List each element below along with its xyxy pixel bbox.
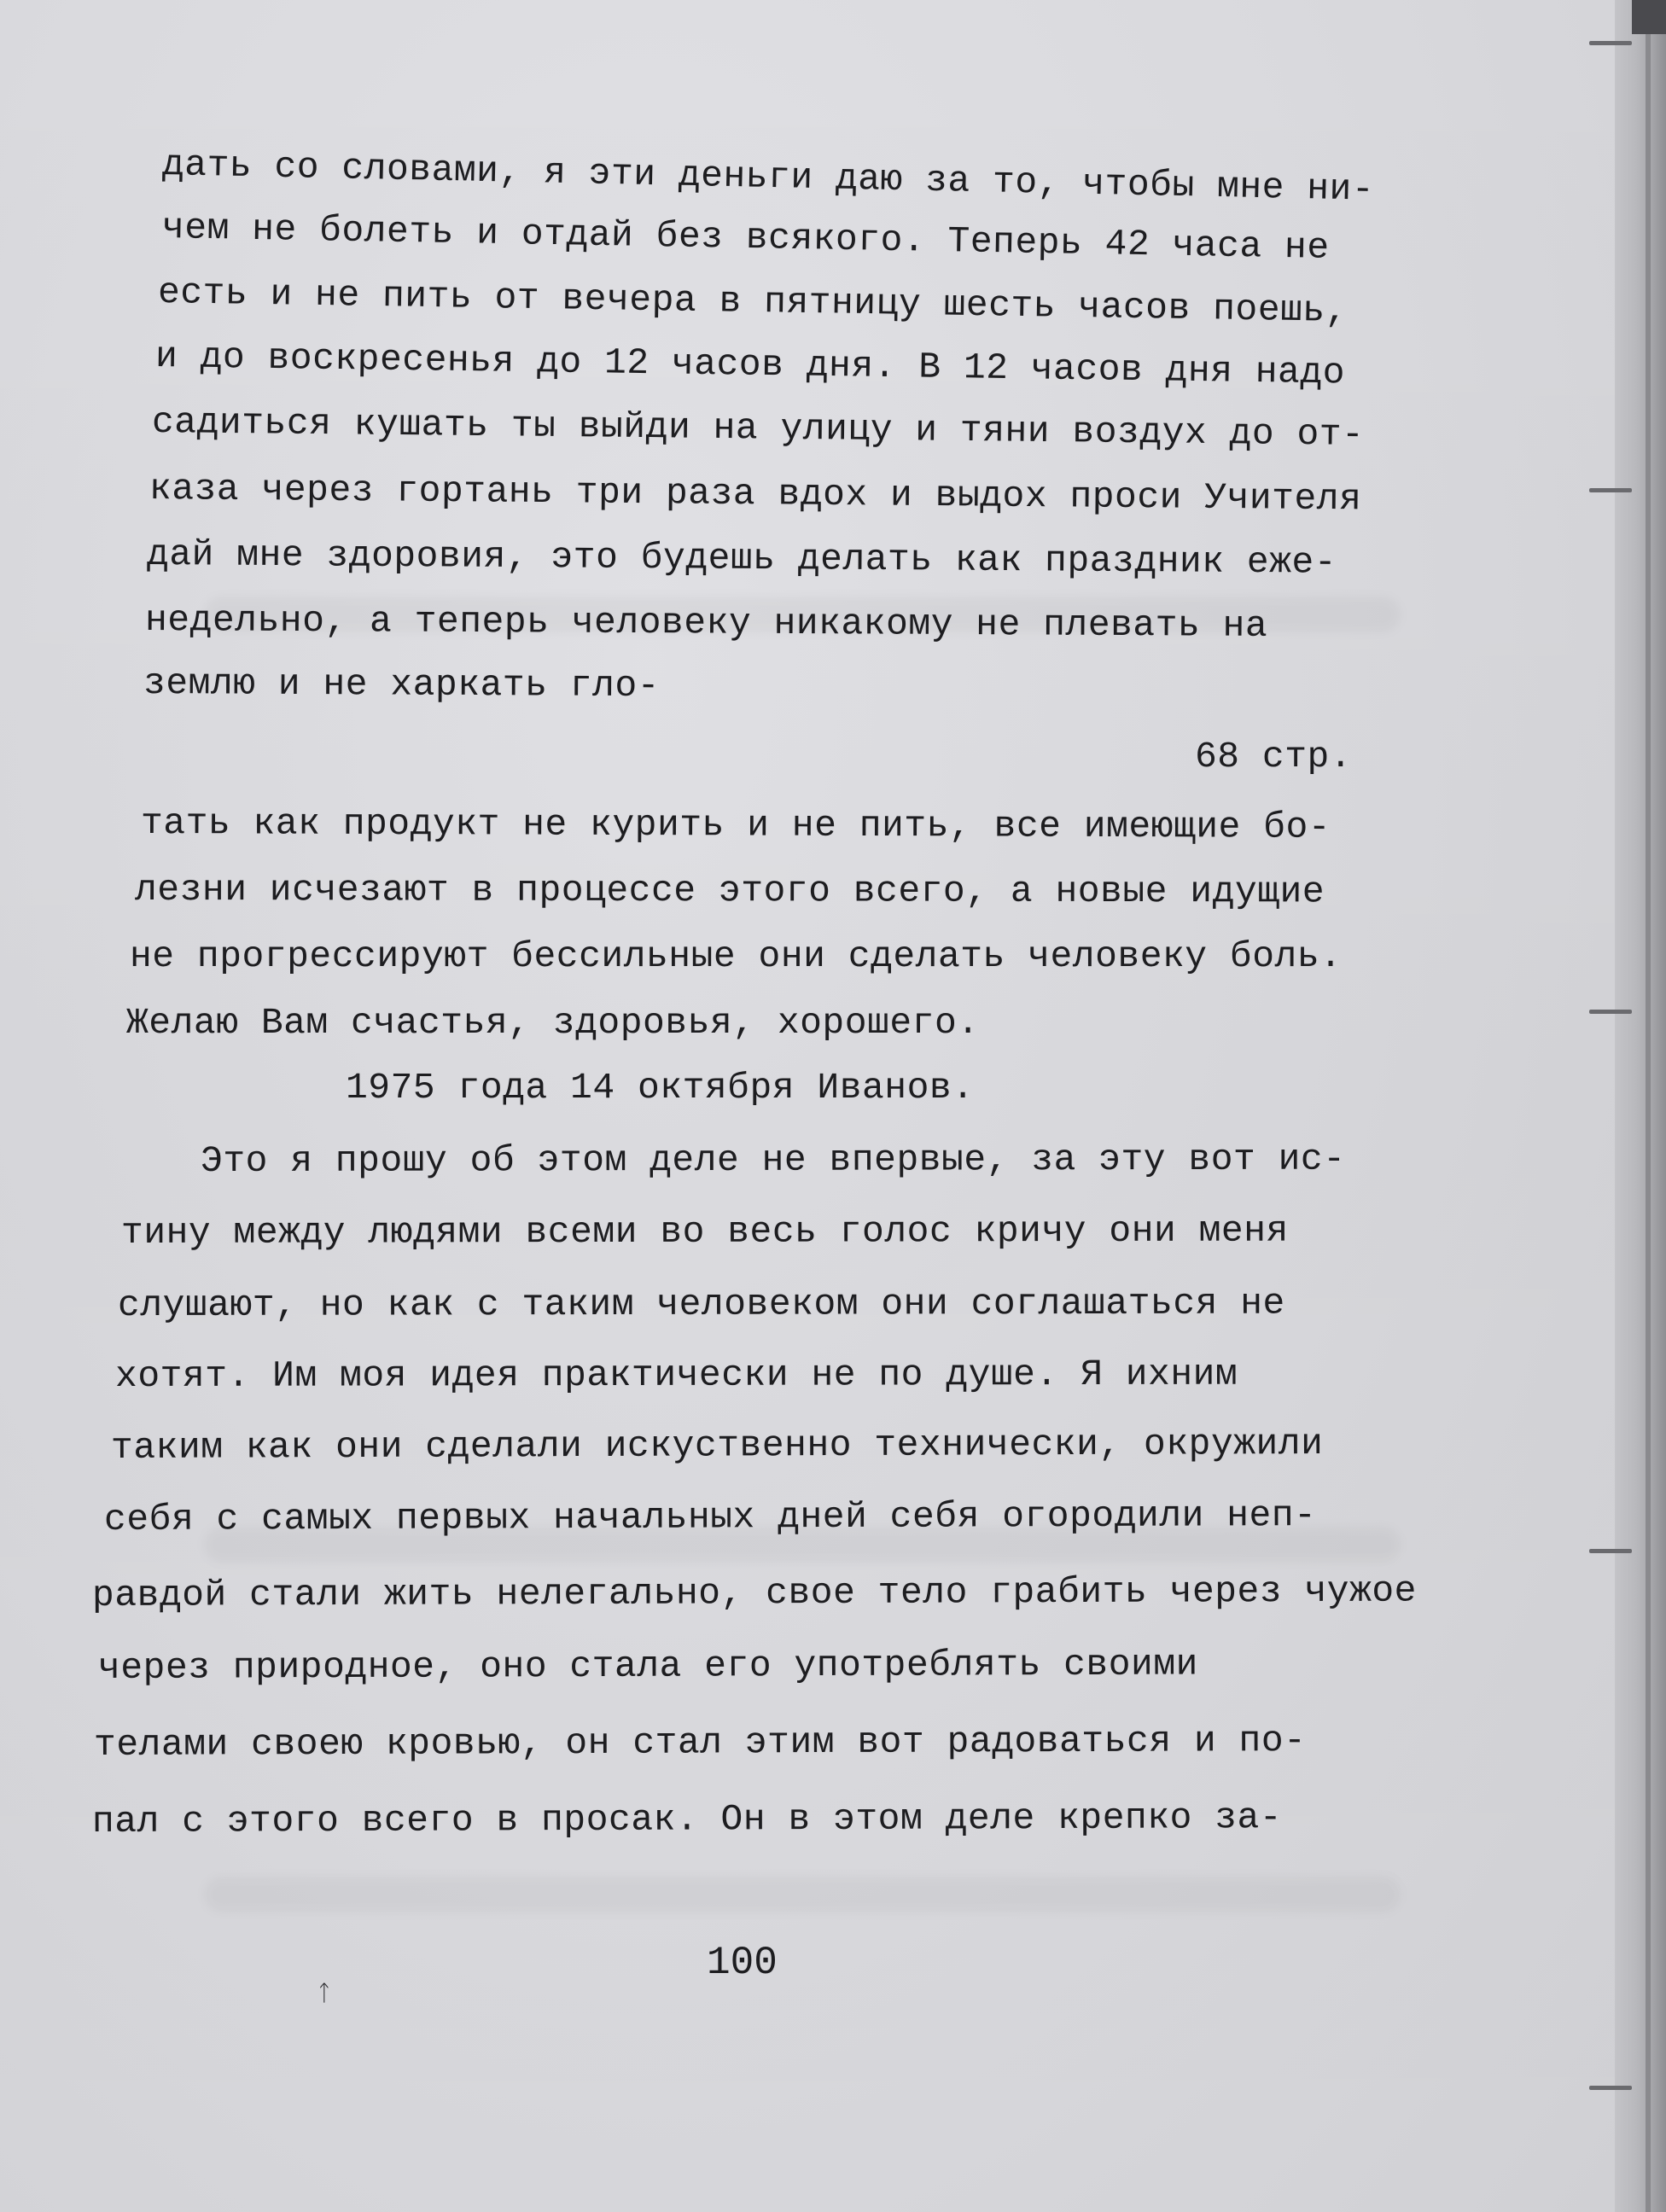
binding-thread <box>1589 1549 1632 1553</box>
text-line: через природное, оно стала его употребля… <box>98 1644 1198 1689</box>
text-line: землю и не харкать гло- <box>143 662 660 707</box>
binding-thread <box>1589 41 1632 45</box>
binding-thread <box>1589 488 1632 492</box>
text-line: себя с самых первых начальных дней себя … <box>104 1494 1317 1540</box>
text-line: телами своею кровью, он стал этим вот ра… <box>94 1720 1307 1766</box>
text-line: Это я прошу об этом деле не впервые, за … <box>201 1138 1346 1182</box>
text-line: садиться кушать ты выйди на улицу и тяни… <box>152 401 1365 456</box>
text-line: равдой стали жить нелегально, свое тело … <box>92 1570 1417 1616</box>
text-line: не прогрессируют бессильные они сделать … <box>130 935 1342 977</box>
text-line: слушают, но как с таким человеком они со… <box>118 1283 1285 1326</box>
text-line: Желаю Вам счастья, здоровья, хорошего. <box>126 1002 980 1044</box>
show-through-text <box>205 1877 1400 1912</box>
binding-edge-line <box>1646 0 1651 2212</box>
binding-shadow <box>1632 0 1666 34</box>
text-line: каза через гортань три раза вдох и выдох… <box>149 468 1362 520</box>
text-line: и до воскресенья до 12 часов дня. В 12 ч… <box>155 335 1346 393</box>
text-line: лезни исчезают в процессе этого всего, а… <box>135 869 1325 912</box>
document-page: дать со словами, я эти деньги даю за то,… <box>0 0 1622 2212</box>
text-line: дай мне здоровия, это будешь делать как … <box>147 533 1337 584</box>
page-marker: 68 стр. <box>1195 736 1352 777</box>
binding-thread <box>1589 1010 1632 1014</box>
text-line: есть и не пить от вечера в пятницу шесть… <box>158 271 1349 332</box>
page-number: 100 <box>707 1941 778 1985</box>
text-line: пал с этого всего в просак. Он в этом де… <box>92 1796 1282 1842</box>
text-line: таким как они сделали искуственно технич… <box>111 1423 1324 1469</box>
text-line: дать со словами, я эти деньги даю за то,… <box>161 143 1374 211</box>
text-line: недельно, а теперь человеку никакому не … <box>145 599 1267 647</box>
text-line: хотят. Им моя идея практически не по душ… <box>115 1353 1238 1397</box>
text-line: тать как продукт не курить и не пить, вс… <box>141 802 1331 848</box>
page-stack-edge <box>1615 0 1666 2212</box>
ink-smudge: ᛏ <box>317 1982 331 2007</box>
signature-line: 1975 года 14 октября Иванов. <box>346 1067 975 1109</box>
text-line: чем не болеть и отдай без всякого. Тепер… <box>162 207 1330 269</box>
text-line: тину между людями всеми во весь голос кр… <box>121 1210 1289 1254</box>
binding-thread <box>1589 2086 1632 2090</box>
